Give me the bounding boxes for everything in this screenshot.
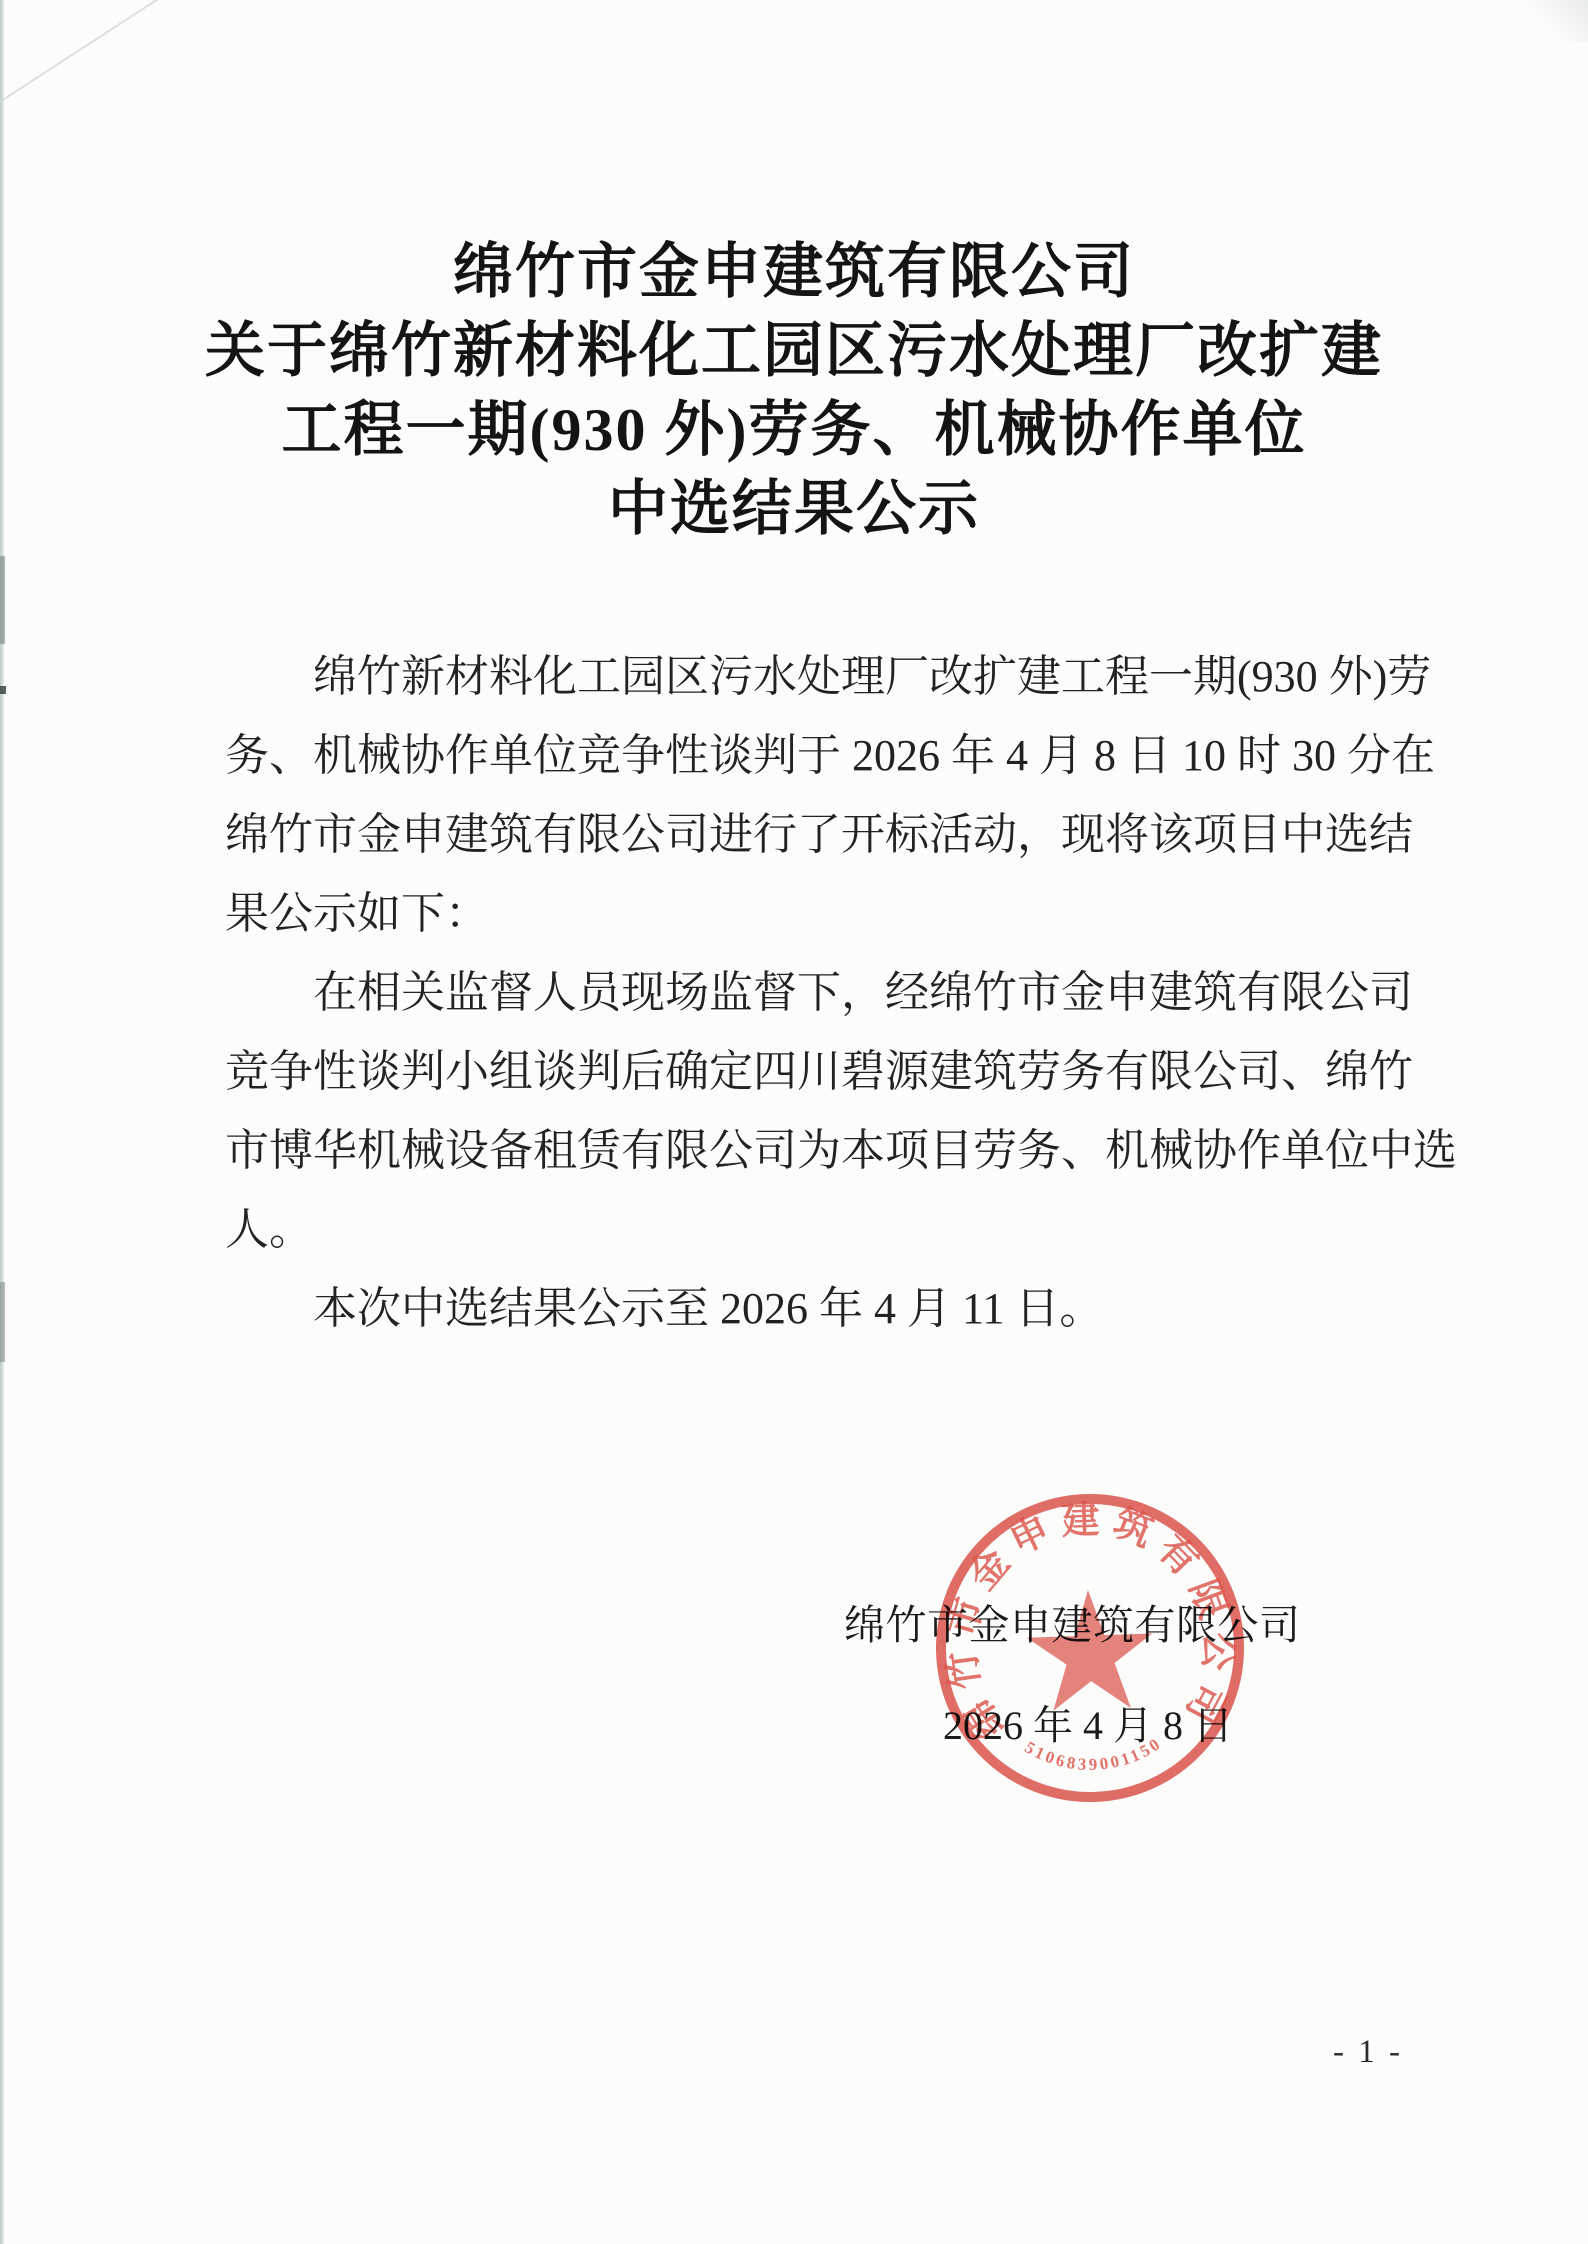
scanned-document-page: 绵竹市金申建筑有限公司 关于绵竹新材料化工园区污水处理厂改扩建 工程一期(930… [0, 0, 1588, 2244]
paragraph-2-line: 人。 [225, 1190, 1485, 1269]
signature-date: 2026 年 4 月 8 日 [943, 1702, 1233, 1750]
paragraph-1-line: 果公示如下： [225, 874, 1485, 953]
scan-edge-artifact [1518, 0, 1588, 42]
paragraph-3-line: 本次中选结果公示至 2026 年 4 月 11 日。 [225, 1269, 1485, 1348]
paragraph-1-line: 绵竹新材料化工园区污水处理厂改扩建工程一期(930 外)劳 [225, 637, 1485, 716]
signature-company-name: 绵竹市金申建筑有限公司 [844, 1601, 1301, 1649]
scan-edge-artifact [0, 686, 6, 694]
document-title: 绵竹市金申建筑有限公司 关于绵竹新材料化工园区污水处理厂改扩建 工程一期(930… [0, 233, 1588, 549]
title-line-2: 关于绵竹新材料化工园区污水处理厂改扩建 [0, 312, 1588, 391]
paragraph-1-line: 务、机械协作单位竞争性谈判于 2026 年 4 月 8 日 10 时 30 分在 [225, 716, 1485, 795]
title-line-4: 中选结果公示 [0, 470, 1588, 549]
paragraph-1-line: 绵竹市金申建筑有限公司进行了开标活动，现将该项目中选结 [225, 795, 1485, 874]
paragraph-2-line: 市博华机械设备租赁有限公司为本项目劳务、机械协作单位中选 [225, 1111, 1485, 1190]
paragraph-2-line: 竞争性谈判小组谈判后确定四川碧源建筑劳务有限公司、绵竹 [225, 1032, 1485, 1111]
scan-corner-fold [0, 0, 164, 111]
title-line-1: 绵竹市金申建筑有限公司 [0, 233, 1588, 312]
document-body: 绵竹新材料化工园区污水处理厂改扩建工程一期(930 外)劳 务、机械协作单位竞争… [225, 637, 1485, 1348]
page-number: - 1 - [1333, 2034, 1403, 2071]
scan-edge-artifact [0, 556, 5, 644]
scan-edge-artifact [0, 1282, 5, 1362]
paragraph-2-line: 在相关监督人员现场监督下，经绵竹市金申建筑有限公司 [225, 953, 1485, 1032]
title-line-3: 工程一期(930 外)劳务、机械协作单位 [0, 391, 1588, 470]
